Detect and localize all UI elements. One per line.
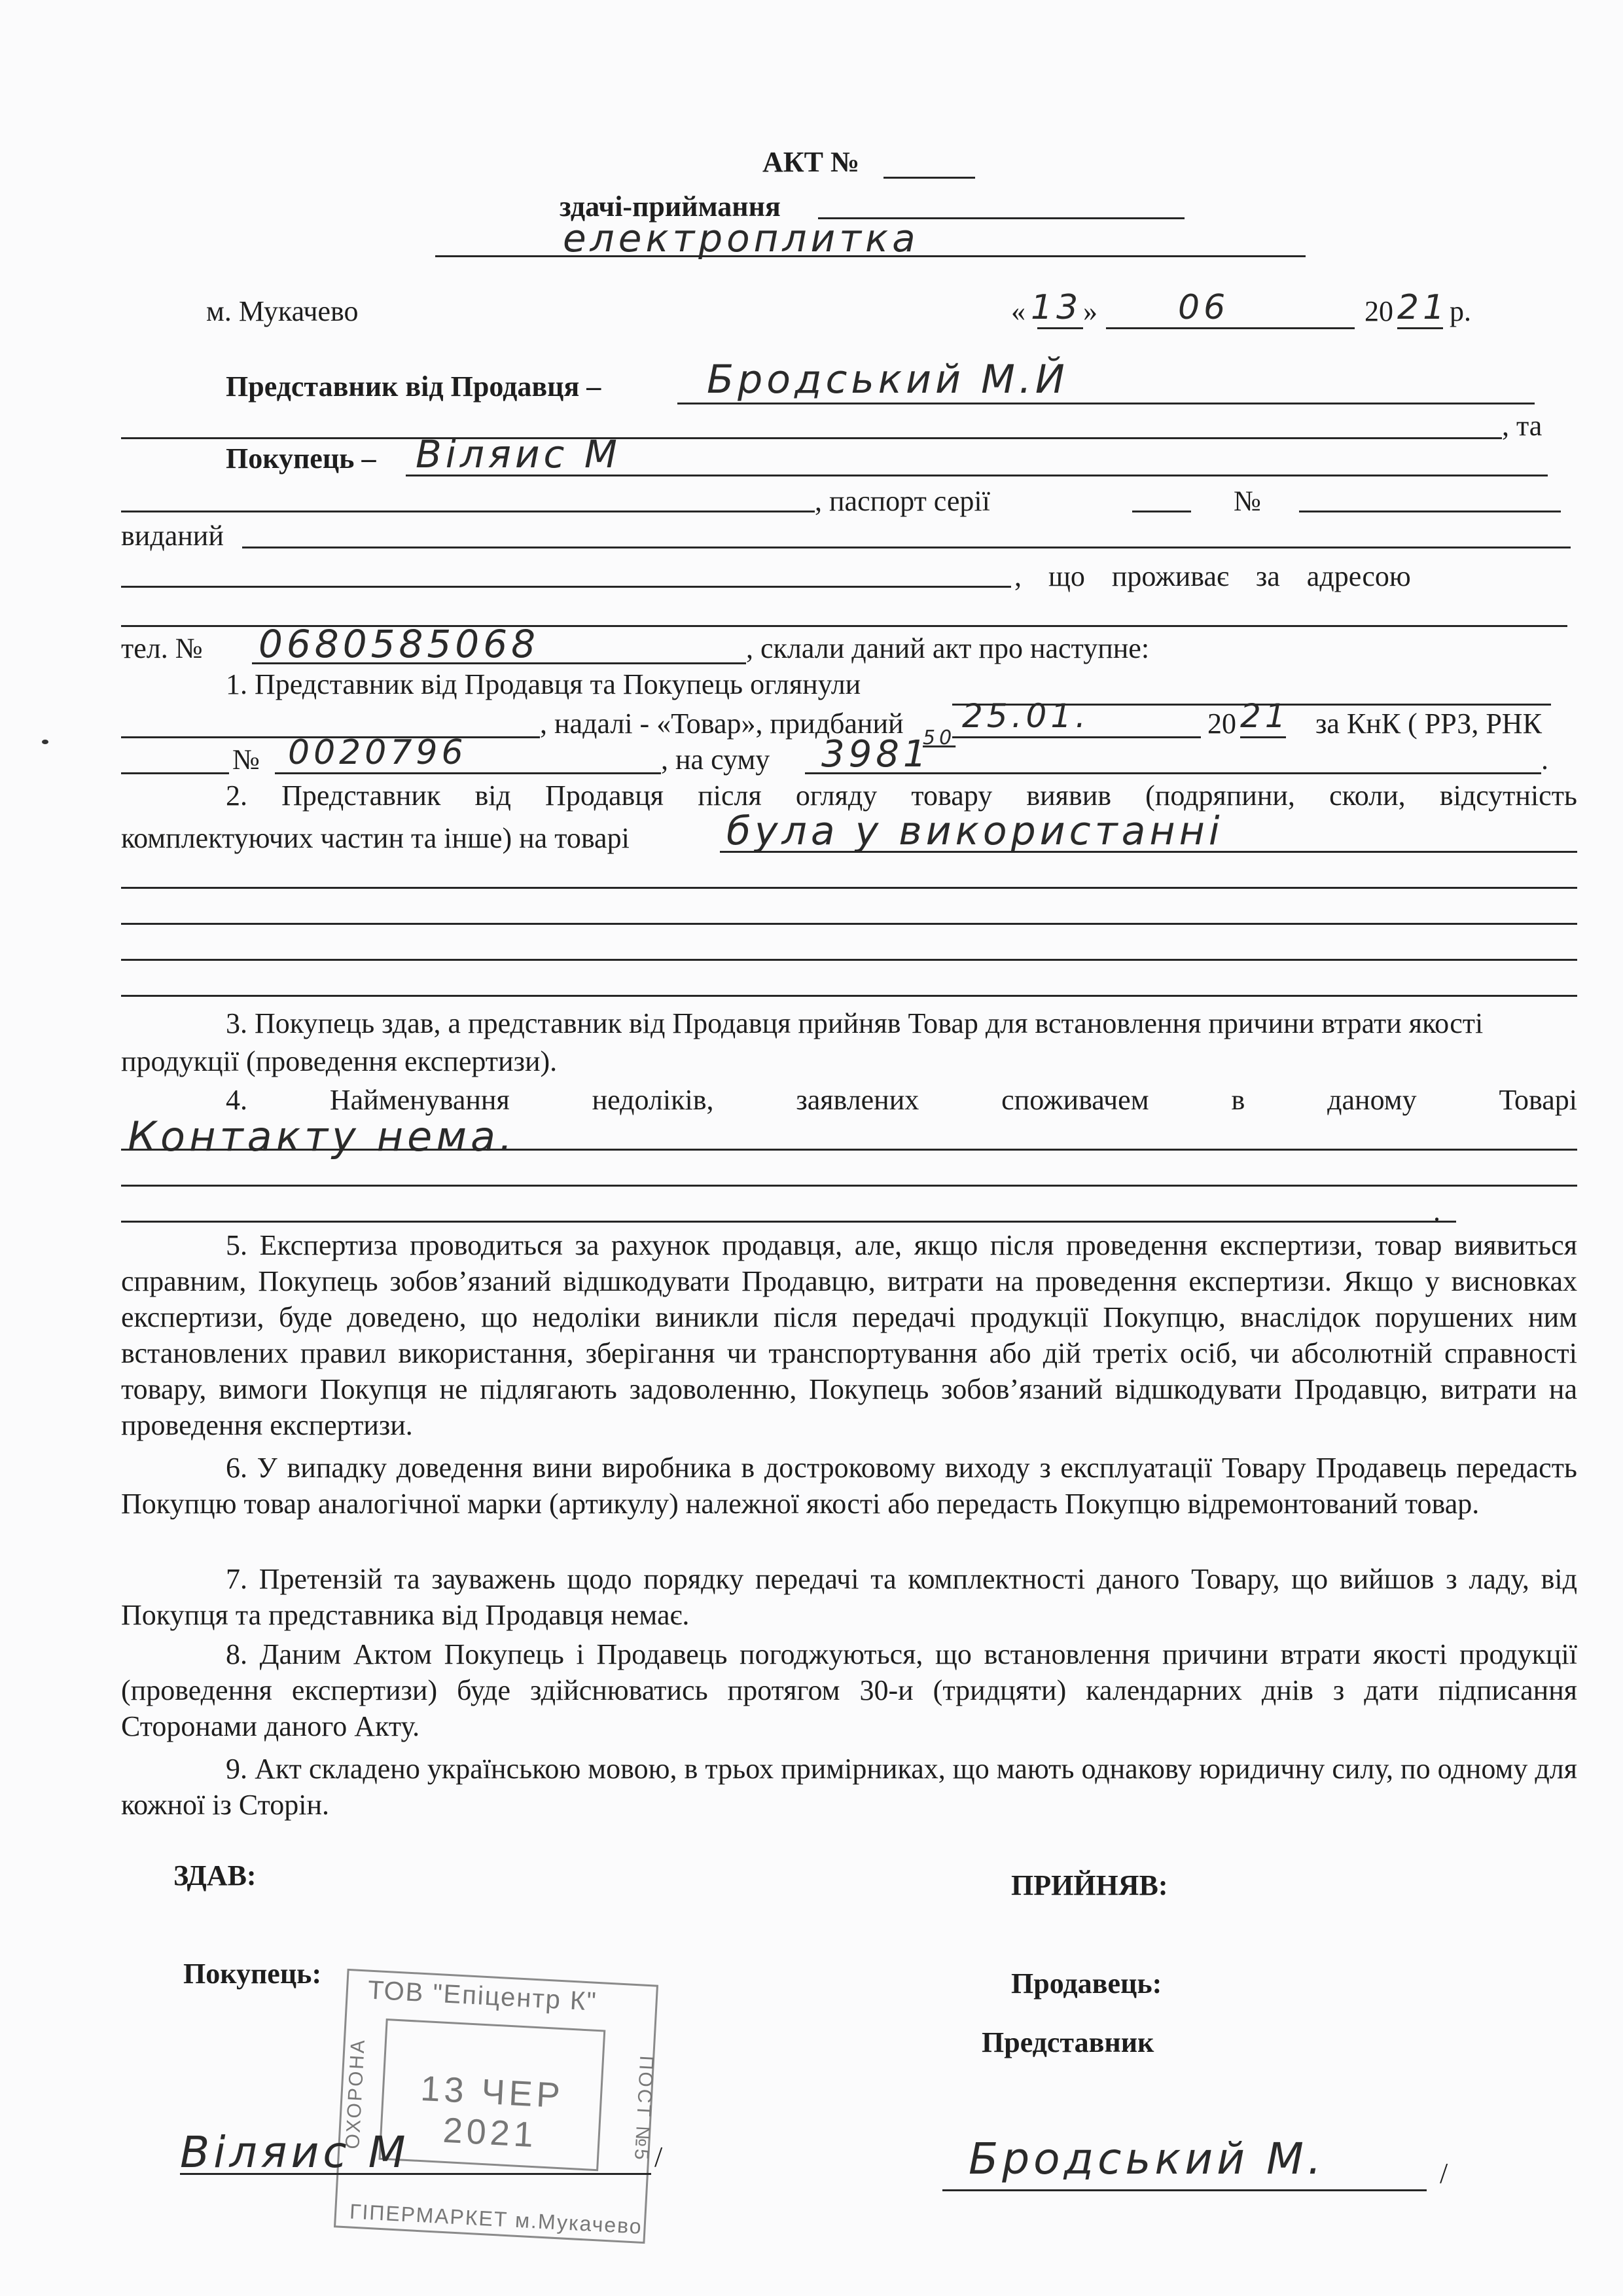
seller-sign-label: Продавець: xyxy=(1011,1967,1162,2001)
product-name-field xyxy=(435,255,1306,257)
city: м. Мукачево xyxy=(206,295,358,329)
buyer-field-2 xyxy=(121,511,815,512)
defects-line-4[interactable] xyxy=(121,995,1577,997)
clause-6: 6. У випадку доведення вини виробника в … xyxy=(121,1450,1577,1522)
declared-defects-line-2[interactable] xyxy=(121,1185,1577,1187)
sum-cents: 50 xyxy=(923,726,955,749)
receipt-number: 0020796 xyxy=(288,733,467,772)
seller-rep-name: Бродський М.Й xyxy=(707,357,1069,403)
act-title: АКТ № xyxy=(762,145,859,179)
sum-period: . xyxy=(1541,743,1548,777)
defects-found-field xyxy=(720,851,1577,853)
receipt-prefix-field xyxy=(121,772,229,774)
clause-8: 8. Даним Актом Покупець і Продавець пого… xyxy=(121,1636,1577,1744)
phone-label: тел. № xyxy=(121,632,203,666)
act-number-field xyxy=(883,177,975,179)
buyer-signature-field xyxy=(180,2173,651,2175)
seller-rep-field xyxy=(677,403,1535,404)
declared-defects: Контакту нема. xyxy=(128,1113,516,1160)
date-close-quote: » xyxy=(1083,295,1097,329)
buyer-signature: Віляис М xyxy=(180,2127,410,2178)
compiled-label: , склали даний акт про наступне: xyxy=(746,632,1149,666)
date-open-quote: « xyxy=(1011,295,1026,329)
defects-line-2[interactable] xyxy=(121,923,1577,925)
seller-signature: Бродський М. xyxy=(969,2134,1325,2184)
passport-number-sign: № xyxy=(1234,484,1261,518)
defects-line-1[interactable] xyxy=(121,887,1577,889)
date-month: 06 xyxy=(1178,288,1229,327)
stamp-company: ТОВ "Епіцентр К" xyxy=(367,1976,598,2017)
clause-5: 5. Експертиза проводиться за рахунок про… xyxy=(121,1227,1577,1443)
ink-mark xyxy=(42,740,48,744)
seller-rep-field-2 xyxy=(121,437,1502,439)
purchase-date-field xyxy=(952,736,1201,738)
date-month-field xyxy=(1106,327,1355,329)
seller-rep-label: Представник від Продавця – xyxy=(226,370,601,404)
stamp-inner-frame: 13 ЧЕР 2021 xyxy=(378,2018,605,2171)
kkm-label: за КнК ( РРЗ, РНК xyxy=(1315,707,1542,741)
declared-defects-line-3[interactable] xyxy=(121,1221,1456,1223)
stamp-hypermarket: ГІПЕРМАРКЕТ м.Мукачево xyxy=(349,2200,643,2239)
buyer-field xyxy=(406,475,1548,476)
declared-defects-field xyxy=(121,1149,1577,1151)
buyer-signature-slash: / xyxy=(654,2140,662,2174)
passport-series-field[interactable] xyxy=(1132,511,1191,512)
handed-label: ЗДАВ: xyxy=(173,1859,257,1893)
date-year-field xyxy=(1397,327,1443,329)
purchase-year-suffix: 21 xyxy=(1240,697,1290,735)
residence-label: , що проживає за адресою xyxy=(1014,560,1411,594)
date-year-suffix: 21 xyxy=(1397,288,1448,327)
issued-label: виданий xyxy=(121,519,224,553)
issued-field-2[interactable] xyxy=(121,586,1011,588)
store-stamp: ТОВ "Епіцентр К" 13 ЧЕР 2021 ОХОРОНА ПОС… xyxy=(334,1969,658,2244)
clause-4-period: . xyxy=(1433,1194,1440,1229)
and-label: , та xyxy=(1502,409,1542,443)
stamp-date: 13 ЧЕР 2021 xyxy=(381,2066,601,2159)
issued-field[interactable] xyxy=(242,547,1571,548)
accepted-label: ПРИЙНЯВ: xyxy=(1011,1869,1168,1903)
purchase-year-field xyxy=(1240,736,1286,738)
date-year-prefix: 20 xyxy=(1364,295,1393,329)
act-document: АКТ № здачі-приймання електроплитка м. М… xyxy=(0,0,1623,2296)
representative-label: Представник xyxy=(982,2026,1154,2060)
sum-label: , на суму xyxy=(661,743,770,777)
clause-9: 9. Акт складено українською мовою, в трь… xyxy=(121,1751,1577,1823)
buyer-name: Віляис М xyxy=(416,432,621,476)
clause-7: 7. Претензій та зауважень щодо порядку п… xyxy=(121,1561,1577,1633)
product-name-handwritten: електроплитка xyxy=(563,216,919,260)
seller-signature-slash: / xyxy=(1440,2157,1448,2191)
sum-field xyxy=(805,772,1541,774)
receipt-number-field xyxy=(275,772,661,774)
buyer-label: Покупець – xyxy=(226,442,376,476)
seller-signature-field xyxy=(942,2189,1427,2191)
date-year-label: р. xyxy=(1450,295,1471,329)
date-day-field xyxy=(1037,327,1083,329)
clause-3: 3. Покупець здав, а представник від Прод… xyxy=(121,1005,1577,1081)
defects-line-3[interactable] xyxy=(121,959,1577,961)
passport-label: , паспорт серії xyxy=(815,484,990,518)
purchase-date: 25.01. xyxy=(962,697,1090,735)
defects-found: була у використанні xyxy=(726,808,1224,854)
date-day: 13 xyxy=(1031,288,1082,327)
phone-field xyxy=(252,662,746,664)
receipt-number-sign: № xyxy=(232,743,260,777)
clause-2-line-2: комплектуючих частин та інше) на товарі xyxy=(121,821,630,855)
passport-number-field[interactable] xyxy=(1299,511,1561,512)
phone-value: 0680585068 xyxy=(259,622,539,666)
purchase-year-prefix: 20 xyxy=(1207,707,1236,741)
sum-value: 3981 xyxy=(821,733,931,776)
clause-1-intro: 1. Представник від Продавця та Покупець … xyxy=(226,668,861,702)
buyer-sign-label: Покупець: xyxy=(183,1957,321,1991)
